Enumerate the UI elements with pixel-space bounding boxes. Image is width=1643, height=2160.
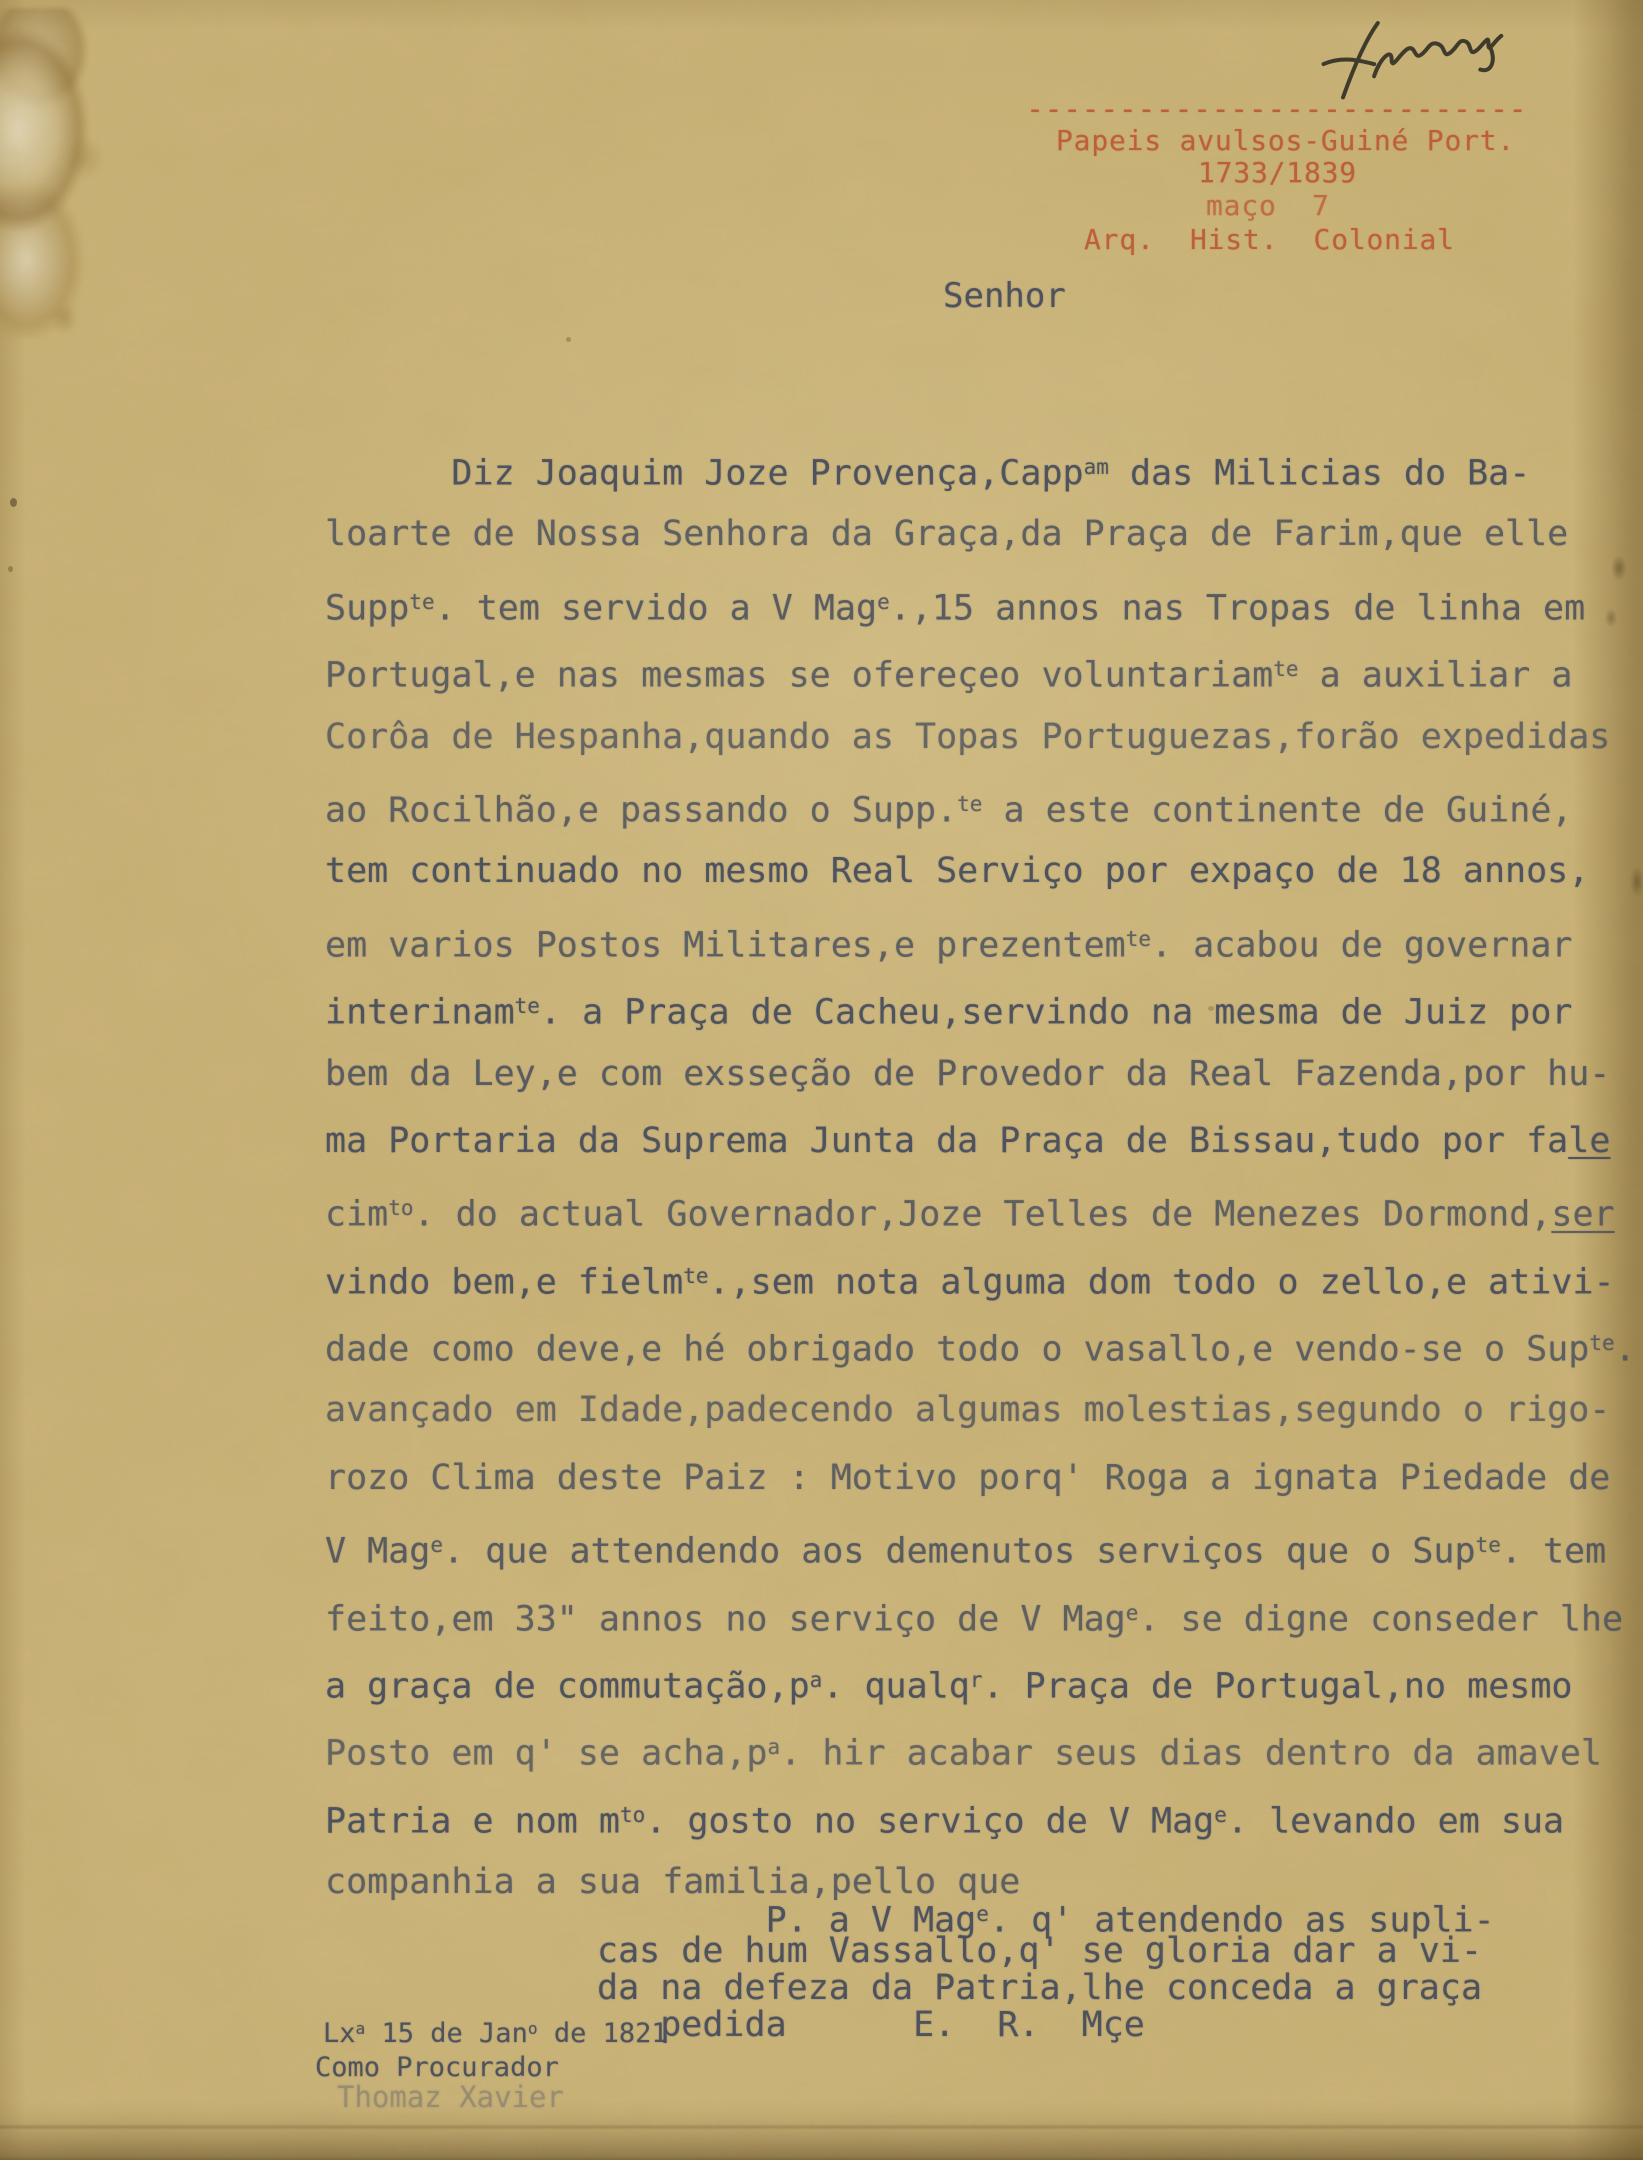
- stamp-years-line: 1733/1839: [1198, 156, 1357, 189]
- petition-body: Diz Joaquim Joze Provença,Cappam das Mil…: [0, 434, 1643, 1917]
- document-text-line: bem da Ley,e com exsseção de Provedor da…: [325, 1041, 1643, 1108]
- document-text-line: tem continuado no mesmo Real Serviço por…: [325, 838, 1643, 905]
- paper-speck: [566, 337, 571, 342]
- paper-stain: [0, 8, 206, 338]
- document-text-line: dade como deve,e hé obrigado todo o vasa…: [325, 1310, 1643, 1377]
- document-text-line: loarte de Nossa Senhora da Graça,da Praç…: [325, 501, 1643, 568]
- document-text-line: avançado em Idade,padecendo algumas mole…: [325, 1377, 1643, 1444]
- document-text-line: a graça de commutação,pa. qualqr. Praça …: [325, 1647, 1643, 1714]
- document-text-line: ma Portaria da Suprema Junta da Praça de…: [325, 1108, 1643, 1175]
- document-text-line: V Mage. que attendendo aos demenutos ser…: [325, 1512, 1643, 1579]
- document-text-line: da na defeza da Patria,lhe conceda a gra…: [597, 1970, 1495, 2007]
- document-text-line: P. a V Mage. q' atendendo as supli-: [597, 1896, 1495, 1933]
- stamp-collection-line: Papeis avulsos-Guiné Port.: [1056, 124, 1515, 157]
- paper-edge-bottom: [0, 2100, 1643, 2160]
- document-text-line: Diz Joaquim Joze Provença,Cappam das Mil…: [325, 434, 1643, 501]
- petition-closing: P. a V Mage. q' atendendo as supli-cas d…: [597, 1896, 1495, 2044]
- document-page: t. Fecantes --------------------------- …: [0, 0, 1643, 2160]
- document-text-line: rozo Clima deste Paiz : Motivo porq' Rog…: [325, 1445, 1643, 1512]
- document-text-line: ao Rocilhão,e passando o Supp.te a este …: [325, 771, 1643, 838]
- stamp-bundle-line: maço 7: [1206, 189, 1330, 222]
- document-text-line: Corôa de Hespanha,quando as Topas Portug…: [325, 704, 1643, 771]
- date-line: Lxa 15 de Jano de 1821: [323, 2018, 668, 2049]
- document-text-line: cimto. do actual Governador,Joze Telles …: [325, 1175, 1643, 1242]
- document-text-line: vindo bem,e fielmte.,sem nota alguma dom…: [325, 1243, 1643, 1310]
- document-text-line: Patria e nom mto. gosto no serviço de V …: [325, 1782, 1643, 1849]
- document-text-line: cas de hum Vassallo,q' se gloria dar a v…: [597, 1933, 1495, 1970]
- document-text-line: Portugal,e nas mesmas se ofereçeo volunt…: [325, 636, 1643, 703]
- procurator-line: Como Procurador: [315, 2052, 559, 2083]
- stamp-archive-line: Arq. Hist. Colonial: [1084, 223, 1455, 256]
- document-text-line: Posto em q' se acha,pa. hir acabar seus …: [325, 1714, 1643, 1781]
- stamp-dashed-line: ---------------------------: [1026, 92, 1527, 127]
- paper-fold-line: [0, 2124, 1643, 2130]
- document-text-line: pedida E. R. Mçe: [597, 2007, 1495, 2044]
- faded-signature-name: Thomaz Xavier: [337, 2080, 564, 2114]
- salutation: Senhor: [943, 276, 1066, 316]
- document-text-line: Suppte. tem servido a V Mage.,15 annos n…: [325, 569, 1643, 636]
- document-text-line: feito,em 33" annos no serviço de V Mage.…: [325, 1580, 1643, 1647]
- document-text-line: interinamte. a Praça de Cacheu,servindo …: [325, 973, 1643, 1040]
- document-text-line: em varios Postos Militares,e prezentemte…: [325, 906, 1643, 973]
